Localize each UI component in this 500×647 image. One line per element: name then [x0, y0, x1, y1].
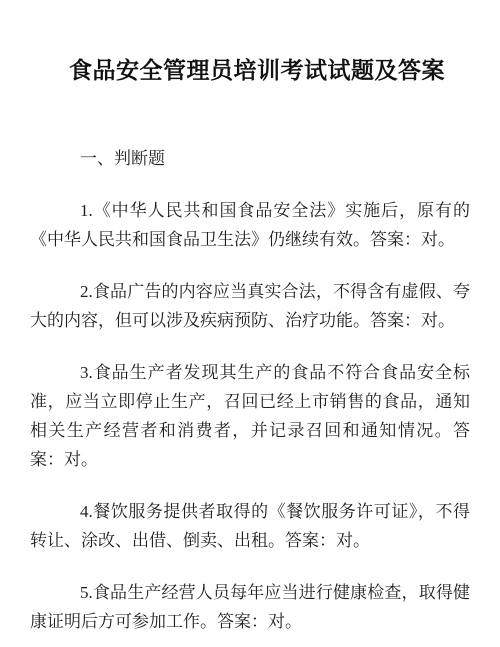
- question-3: 3.食品生产者发现其生产的食品不符合食品安全标准，应当立即停止生产，召回已经上市…: [30, 358, 470, 474]
- question-2: 2.食品广告的内容应当真实合法，不得含有虚假、夸大的内容，但可以涉及疾病预防、治…: [30, 277, 470, 335]
- document-title: 食品安全管理员培训考试试题及答案: [30, 54, 470, 86]
- document-page: 食品安全管理员培训考试试题及答案 一、判断题 1.《中华人民共和国食品安全法》实…: [0, 0, 500, 647]
- section-heading: 一、判断题: [30, 144, 470, 173]
- question-4: 4.餐饮服务提供者取得的《餐饮服务许可证》，不得转让、涂改、出借、倒卖、出租。答…: [30, 497, 470, 555]
- question-1: 1.《中华人民共和国食品安全法》实施后，原有的《中华人民共和国食品卫生法》仍继续…: [30, 196, 470, 254]
- question-5: 5.食品生产经营人员每年应当进行健康检查，取得健康证明后方可参加工作。答案：对。: [30, 578, 470, 636]
